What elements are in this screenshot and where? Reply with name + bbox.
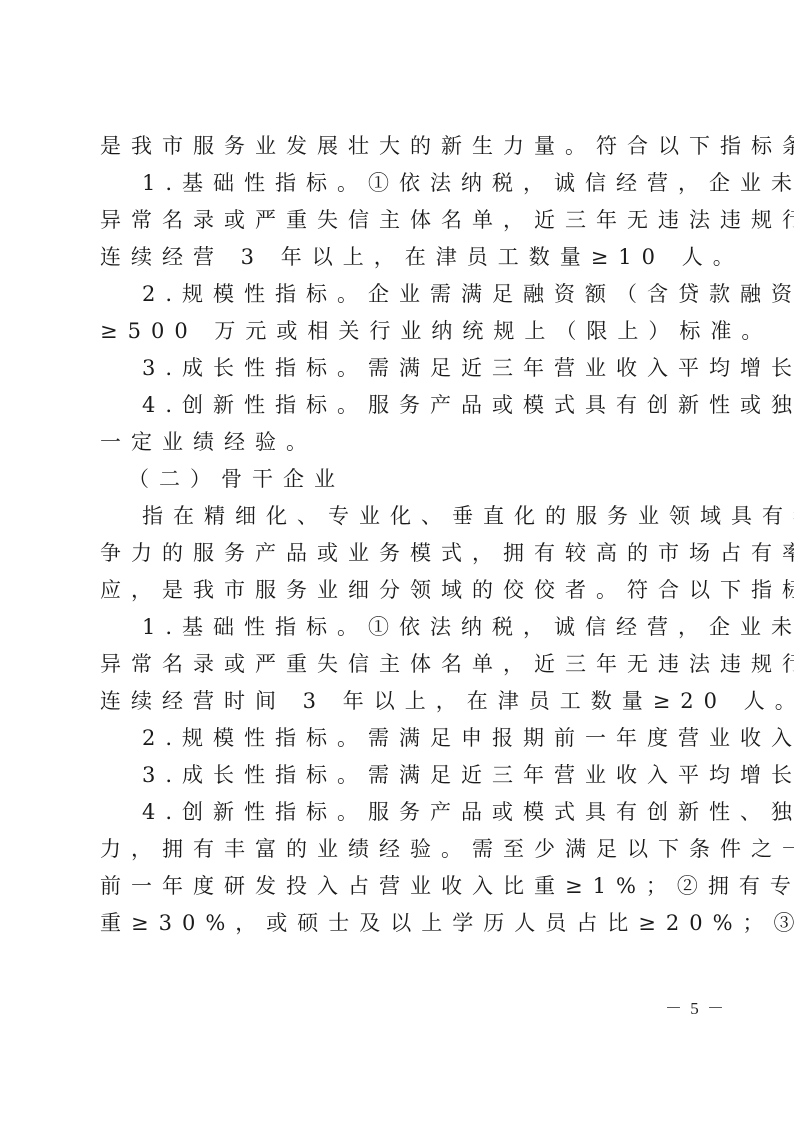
paragraph-line: 4.创新性指标。服务产品或模式具有创新性、独特性和竞争 [100, 794, 694, 831]
paragraph-line: 重≥30%，或硕士及以上学历人员占比≥20%；③申报期前一年度 [100, 905, 694, 942]
paragraph-line: 异常名录或严重失信主体名单，近三年无违法违规行为；②在津 [100, 646, 694, 683]
paragraph-line: 2.规模性指标。企业需满足融资额（含贷款融资和股权融资） [100, 276, 694, 313]
paragraph-line: 争力的服务产品或业务模式，拥有较高的市场占有率和品牌效 [100, 535, 694, 572]
paragraph-line: ≥500 万元或相关行业纳统规上（限上）标准。 [100, 313, 694, 350]
paragraph-line: 前一年度研发投入占营业收入比重≥1%；②拥有专业技术人员比 [100, 868, 694, 905]
paragraph-line: 一定业绩经验。 [100, 424, 694, 461]
paragraph-line: 4.创新性指标。服务产品或模式具有创新性或独特性，拥有 [100, 387, 694, 424]
paragraph-line: 是我市服务业发展壮大的新生力量。符合以下指标条件： [100, 128, 694, 165]
paragraph-line: 应，是我市服务业细分领域的佼佼者。符合以下指标条件： [100, 572, 694, 609]
paragraph-line: 2.规模性指标。需满足申报期前一年度营业收入≥1 亿元。 [100, 720, 694, 757]
page-number: － 5 － [665, 994, 726, 1019]
paragraph-line: 3.成长性指标。需满足近三年营业收入平均增长率为正。 [100, 757, 694, 794]
paragraph-line: 1.基础性指标。①依法纳税，诚信经营，企业未被列入经营 [100, 165, 694, 202]
paragraph-line: 异常名录或严重失信主体名单，近三年无违法违规行为；②在津 [100, 202, 694, 239]
paragraph-line: 连续经营时间 3 年以上，在津员工数量≥20 人。 [100, 683, 694, 720]
paragraph-line: 连续经营 3 年以上，在津员工数量≥10 人。 [100, 239, 694, 276]
section-heading: （二）骨干企业 [100, 461, 694, 498]
paragraph-line: 1.基础性指标。①依法纳税，诚信经营，企业未被列入经营 [100, 609, 694, 646]
document-page: 是我市服务业发展壮大的新生力量。符合以下指标条件： 1.基础性指标。①依法纳税，… [100, 128, 694, 942]
paragraph-line: 3.成长性指标。需满足近三年营业收入平均增长率为正。 [100, 350, 694, 387]
paragraph-line: 力，拥有丰富的业绩经验。需至少满足以下条件之一：①申报期 [100, 831, 694, 868]
paragraph-line: 指在精细化、专业化、垂直化的服务业领域具有独特和有竞 [100, 498, 694, 535]
